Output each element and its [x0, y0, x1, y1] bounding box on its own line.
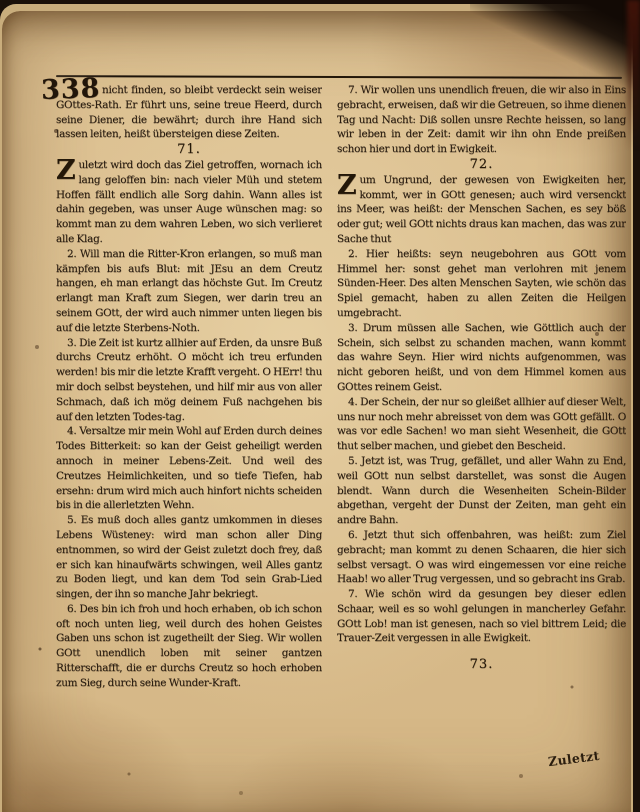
paragraph: 3. Die Zeit ist kurtz allhier auf Erden,… [56, 336, 322, 425]
paragraph: 7. Wir wollen uns unendlich freuen, die … [337, 83, 626, 157]
paragraph: nicht finden, so bleibt verdeckt sein we… [56, 83, 322, 142]
drop-cap: Z [56, 158, 78, 183]
column-right: 7. Wir wollen uns unendlich freuen, die … [337, 83, 626, 812]
paragraph: 2. Hier heißts: seyn neugebohren aus GOt… [337, 247, 626, 321]
section-heading: 71. [56, 143, 322, 158]
paragraph: 4. Der Schein, der nur so gleißet allhie… [337, 395, 626, 454]
column-left: nicht finden, so bleibt verdeckt sein we… [56, 83, 322, 812]
section-heading: 73. [337, 658, 626, 673]
paragraph: 4. Versaltze mir mein Wohl auf Erden dur… [56, 424, 322, 513]
drop-cap: Z [337, 173, 359, 198]
paragraph: 3. Drum müssen alle Sachen, wie Göttlich… [337, 321, 626, 395]
paragraph: 5. Jetzt ist, was Trug, gefället, und al… [337, 454, 626, 528]
paper-specks [0, 0, 2, 2]
scanned-book-page: 338 nicht finden, so bleibt verdeckt sei… [0, 0, 640, 812]
paragraph: Zuletzt wird doch das Ziel getroffen, wo… [56, 158, 322, 247]
text-columns: nicht finden, so bleibt verdeckt sein we… [56, 83, 626, 812]
paragraph: 6. Jetzt thut sich offenbahren, was heiß… [337, 528, 626, 587]
paragraph: 7. Wie schön wird da gesungen bey dieser… [337, 587, 626, 646]
paragraph: 5. Es muß doch alles gantz umkommen in d… [56, 513, 322, 602]
paragraph: Zum Ungrund, der gewesen von Ewigkeiten … [337, 173, 626, 247]
section-heading: 72. [337, 158, 626, 173]
paragraph: 2. Will man die Ritter-Kron erlangen, so… [56, 247, 322, 336]
paragraph: 6. Des bin ich froh und hoch erhaben, ob… [56, 602, 322, 691]
